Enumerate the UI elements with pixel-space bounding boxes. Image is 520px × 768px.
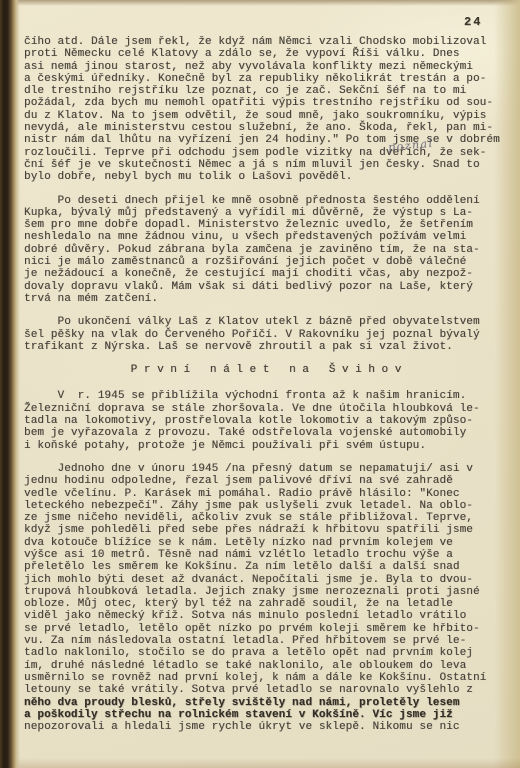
text-line: asi nemá jinou starost, než aby vyvoláva… <box>24 61 508 73</box>
text-line: nevydá, ale ministerstvu cestou služební… <box>24 122 508 134</box>
text-line: trvá na mém zatčení. <box>24 293 508 305</box>
text-line: tadla na lokomotivy, prostřelovala kotle… <box>24 415 508 427</box>
paragraph: čího atd. Dále jsem řekl, že když nám Ně… <box>24 36 508 184</box>
text-line: Po deseti dnech přijel ke mně osobně pře… <box>24 195 508 207</box>
text-line: rozloučili. Teprve při odchodu jsem podl… <box>24 147 508 159</box>
page-edge-top <box>0 0 520 6</box>
paragraph: Jednoho dne v únoru 1945 /na přesný datu… <box>24 463 508 734</box>
text-line: obloze. Můj otec, který byl též na zahra… <box>24 598 508 610</box>
text-line: dle trestního rejstříku lze poznat, co j… <box>24 85 508 97</box>
text-line: trupová hloubková letadla. Jejich znaky … <box>24 586 508 598</box>
text-line: a poškodily střechu na rolnickém stavení… <box>24 709 508 721</box>
text-line: i koňské potahy, protože je Němci použív… <box>24 440 508 452</box>
text-line: čího atd. Dále jsem řekl, že když nám Ně… <box>24 36 508 48</box>
paragraph: V r. 1945 se přiblížila východní fronta … <box>24 390 508 451</box>
text-line: usměrnilo se rovněž nad první kolej, k n… <box>24 672 508 684</box>
text-line: leteckého nebezpečí". Záhy jsme pak usly… <box>24 500 508 512</box>
text-line: dva kotouče blížíce se k nám. Letěly níz… <box>24 537 508 549</box>
text-line: proti Německu celé Klatovy a zdálo se, ž… <box>24 48 508 60</box>
page-number: 24 <box>464 15 482 29</box>
text-line: nepozorovali a hledali jsme rychle úkryt… <box>24 721 508 733</box>
text-line: dovaly dopravu vlaků. Mám však si dáti b… <box>24 281 508 293</box>
text-line: nici je málo zaměstnanců a rozšiřování j… <box>24 256 508 268</box>
text-line: vu. Za ním následovala ostatní letadla. … <box>24 635 508 647</box>
text-line: ím, druhé následné létadlo se také naklo… <box>24 660 508 672</box>
text-line: přeletělo les směrem ke Kokšínu. Za ním … <box>24 561 508 573</box>
text-line: a českými úředníky. Konečně byl za repub… <box>24 73 508 85</box>
text-line: když jsme pohleděli před sebe přes nádra… <box>24 524 508 536</box>
paragraph: Po ukončení války Laš z Klatov utekl z b… <box>24 316 508 353</box>
text-line: viděl jako německý kříž. Sotva nás minul… <box>24 610 508 622</box>
text-line: jich mohlo býti deset až dvanáct. Nepočí… <box>24 574 508 586</box>
text-line: trafikant z Nýrska. Laš se nervově zhrou… <box>24 341 508 353</box>
text-line: bem je vyřazovala z provozu. Také odstře… <box>24 427 508 439</box>
page-edge-bottom <box>0 758 520 768</box>
text-line: letouny se také vrátily. Sotva prvé leta… <box>24 684 508 696</box>
text-line: ze jsme ničeho neviděli, ačkoliv zvuk se… <box>24 512 508 524</box>
typewritten-text: čího atd. Dále jsem řekl, že když nám Ně… <box>24 36 508 744</box>
text-line: tadlo naklonilo, stočilo se do prava a l… <box>24 647 508 659</box>
text-line: Železniční doprava se stále zhoršovala. … <box>24 403 508 415</box>
text-line: je nežádoucí a konečně, že cestující maj… <box>24 268 508 280</box>
text-line: požádal, zda bych mu nemohl opatřiti výp… <box>24 97 508 109</box>
text-line: Po ukončení války Laš z Klatov utekl z b… <box>24 316 508 328</box>
text-line: Jednoho dne v únoru 1945 /na přesný datu… <box>24 463 508 475</box>
text-line: šem pro mne dobře dopadl. Ministerstvo ž… <box>24 219 508 231</box>
scanned-page: 24 čího atd. Dále jsem řekl, že když nám… <box>0 0 520 768</box>
text-line: nistr nám dal lhůtu na vyřízení jen 24 h… <box>24 134 508 146</box>
text-line: vedle včelínu. P. Karásek mi pomáhal. Ra… <box>24 488 508 500</box>
text-line: dobré důvěry. Pokud zábrana byla zamčena… <box>24 244 508 256</box>
text-line: šel pěšky na vlak do Červeného Poříčí. V… <box>24 329 508 341</box>
text-line: jednu hodinu odpoledne, řezal jsem paliv… <box>24 475 508 487</box>
text-line: se prvé letadlo, letělo opět nízko po pr… <box>24 623 508 635</box>
text-line: neshledalo na mne žádnou vinu, u všech p… <box>24 231 508 243</box>
text-line: bylo dobře, nebyl bych mu tolik o Lašovi… <box>24 171 508 183</box>
text-line: něho dva proudy blesků, střely svištěly … <box>24 697 508 709</box>
text-line: ční šéf je ve skutečnosti Němec a já s n… <box>24 159 508 171</box>
text-line: V r. 1945 se přiblížila východní fronta … <box>24 390 508 402</box>
text-line: výšce asi 10 metrů. Těsně nad námi vzlét… <box>24 549 508 561</box>
binding-edge <box>0 0 20 768</box>
text-line: du z Klatov. Na to jsem odvětil, že soud… <box>24 110 508 122</box>
section-heading: P r v n í n á l e t n a Š v i h o v <box>24 364 508 376</box>
paragraph: Po deseti dnech přijel ke mně osobně pře… <box>24 195 508 306</box>
text-line: Kupka, bývalý můj představený a vyřídil … <box>24 207 508 219</box>
